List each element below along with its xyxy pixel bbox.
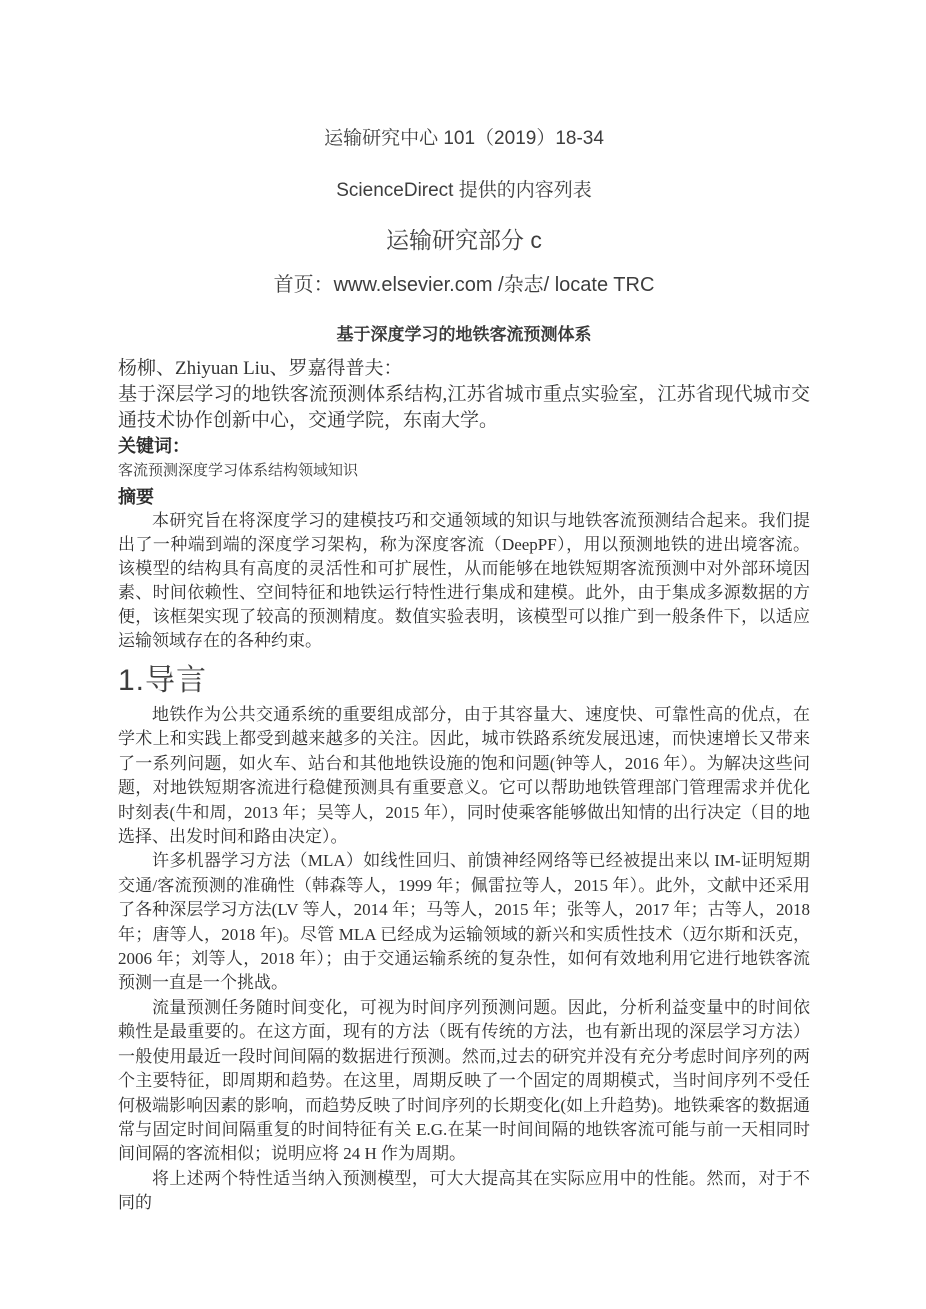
- sciencedirect-contents-line: ScienceDirect 提供的内容列表: [118, 178, 810, 204]
- abstract-text: 本研究旨在将深度学习的建模技巧和交通领域的知识与地铁客流预测结合起来。我们提出了…: [118, 509, 810, 653]
- section-1-heading: 1.导言: [118, 661, 810, 701]
- document-page: 运输研究中心 101（2019）18-34 ScienceDirect 提供的内…: [0, 0, 926, 1309]
- paper-front-matter: 运输研究中心 101（2019）18-34 ScienceDirect 提供的内…: [118, 0, 810, 346]
- journal-name: 运输研究部分 c: [118, 225, 810, 256]
- intro-paragraph-2: 许多机器学习方法（MLA）如线性回归、前馈神经网络等已经被提出来以 IM-证明短…: [118, 849, 810, 995]
- abstract-label: 摘要: [118, 485, 810, 509]
- author-names: 杨柳、Zhiyuan Liu、罗嘉得普夫：: [118, 356, 810, 382]
- keywords-label: 关键词：: [118, 434, 810, 458]
- intro-paragraph-1: 地铁作为公共交通系统的重要组成部分，由于其容量大、速度快、可靠性高的优点，在学术…: [118, 703, 810, 849]
- intro-paragraph-4: 将上述两个特性适当纳入预测模型，可大大提高其在实际应用中的性能。然而，对于不同的: [118, 1167, 810, 1216]
- author-block: 杨柳、Zhiyuan Liu、罗嘉得普夫： 基于深层学习的地铁客流预测体系结构,…: [118, 356, 810, 434]
- journal-homepage-url: 首页：www.elsevier.com /杂志/ locate TRC: [118, 272, 810, 299]
- author-affiliation: 基于深层学习的地铁客流预测体系结构,江苏省城市重点实验室，江苏省现代城市交通技术…: [118, 382, 810, 434]
- paper-title: 基于深度学习的地铁客流预测体系: [118, 323, 810, 346]
- intro-paragraph-3: 流量预测任务随时间变化，可视为时间序列预测问题。因此，分析利益变量中的时间依赖性…: [118, 996, 810, 1167]
- keywords-text: 客流预测深度学习体系结构领域知识: [118, 461, 810, 481]
- journal-volume-line: 运输研究中心 101（2019）18-34: [118, 126, 810, 152]
